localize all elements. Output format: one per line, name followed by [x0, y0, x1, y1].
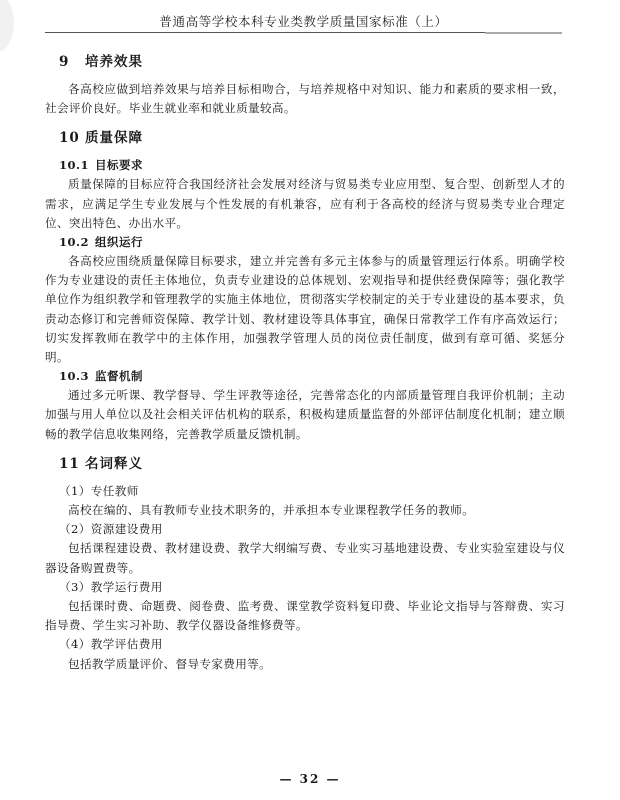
section-heading-10: 10质量保障	[59, 128, 565, 148]
running-header: 普通高等学校本科专业类教学质量国家标准（上）	[45, 0, 562, 34]
header-title: 普通高等学校本科专业类教学质量国家标准（上）	[45, 12, 562, 30]
page-number: — 32 —	[0, 772, 620, 786]
term-definition: 高校在编的、具有教师专业技术职务的，并承担本专业课程教学任务的教师。	[45, 501, 565, 520]
subsection-10-3-paragraph: 通过多元听课、教学督导、学生评教等途径，完善常态化的内部质量管理自我评价机制；主…	[45, 386, 565, 444]
term-label: （1）专任教师	[59, 482, 565, 501]
section-heading-11: 11名词释义	[59, 454, 565, 474]
term-label: （3）教学运行费用	[59, 578, 565, 597]
subsection-heading-10-3: 10.3监督机制	[59, 367, 565, 386]
header-rule	[45, 32, 485, 33]
section-heading-9: 9培养效果	[59, 52, 565, 72]
subsection-heading-10-2: 10.2组织运行	[59, 233, 565, 252]
term-definition: 包括课程建设费、教材建设费、教学大纲编写费、专业实习基地建设费、专业实验室建设与…	[45, 539, 565, 577]
subsection-10-2-paragraph: 各高校应围绕质量保障目标要求，建立并完善有多元主体参与的质量管理运行体系。明确学…	[45, 252, 565, 367]
term-definition: 包括教学质量评价、督导专家费用等。	[45, 655, 565, 674]
term-label: （2）资源建设费用	[59, 520, 565, 539]
subsection-heading-10-1: 10.1目标要求	[59, 156, 565, 175]
term-definition: 包括课时费、命题费、阅卷费、监考费、课堂教学资料复印费、毕业论文指导与答辩费、实…	[45, 597, 565, 635]
scan-shadow	[0, 0, 14, 52]
term-label: （4）教学评估费用	[59, 635, 565, 654]
section-9-paragraph: 各高校应做到培养效果与培养目标相吻合，与培养规格中对知识、能力和素质的要求相一致…	[45, 80, 565, 118]
subsection-10-1-paragraph: 质量保障的目标应符合我国经济社会发展对经济与贸易类专业应用型、复合型、创新型人才…	[45, 175, 565, 233]
page-content: 9培养效果 各高校应做到培养效果与培养目标相吻合，与培养规格中对知识、能力和素质…	[45, 52, 565, 674]
header-rule-tail	[485, 32, 562, 34]
